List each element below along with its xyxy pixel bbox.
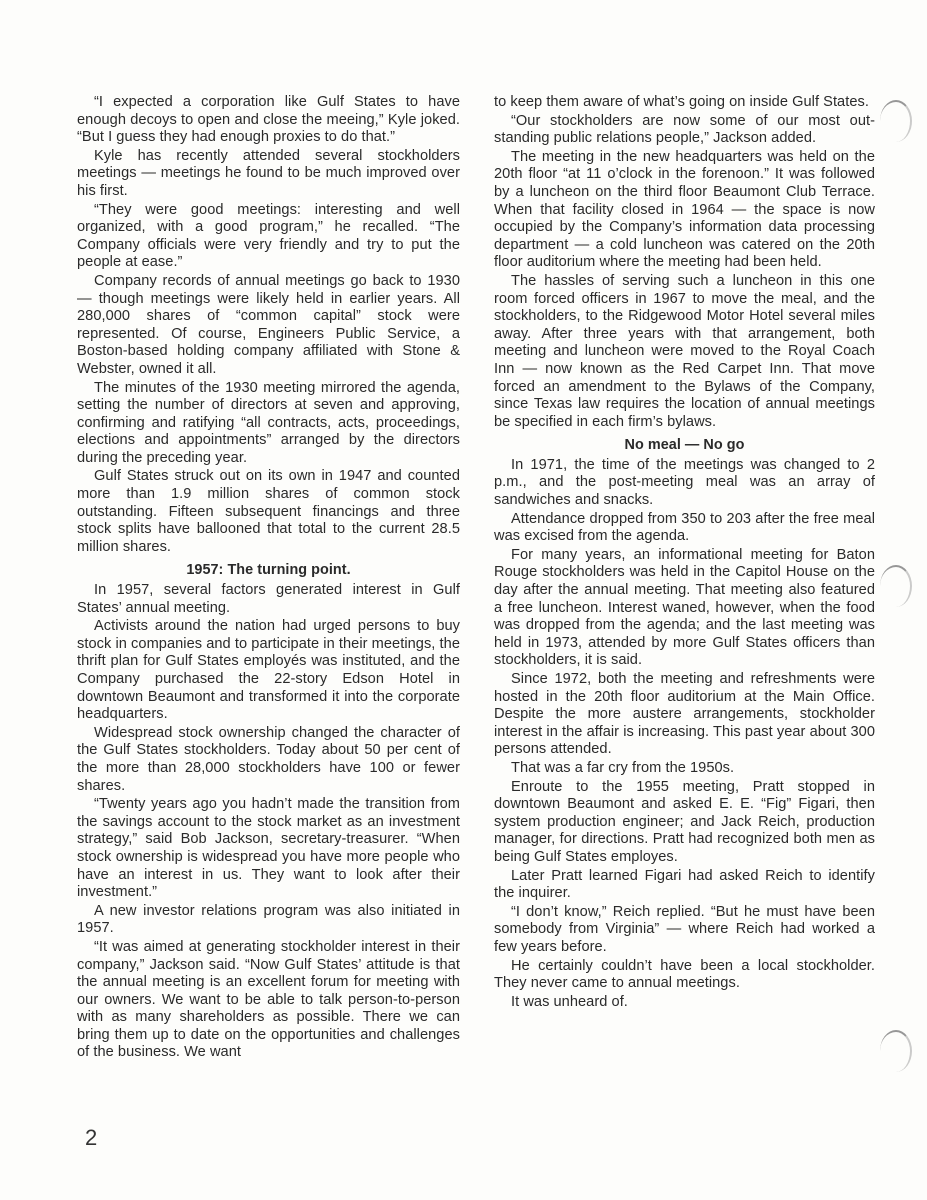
paragraph: Attendance dropped from 350 to 203 after… [494, 511, 875, 546]
paragraph: It was unheard of. [494, 994, 875, 1012]
paragraph: That was a far cry from the 1950s. [494, 760, 875, 778]
paragraph: He certainly couldn’t have been a local … [494, 958, 875, 993]
paragraph: to keep them aware of what’s going on in… [494, 94, 875, 112]
paragraph: The meeting in the new headquarters was … [494, 149, 875, 272]
paragraph: “It was aimed at generating stockholder … [77, 939, 460, 1062]
paragraph: Kyle has recently attended several stock… [77, 148, 460, 201]
left-column: “I expected a corporation like Gulf Stat… [77, 94, 460, 1063]
paragraph: For many years, an informational meeting… [494, 547, 875, 670]
paragraph: Later Pratt learned Figari had asked Rei… [494, 868, 875, 903]
section-heading: No meal — No go [494, 437, 875, 455]
paragraph: “Our stockholders are now some of our mo… [494, 113, 875, 148]
paragraph: “I expected a corporation like Gulf Stat… [77, 94, 460, 147]
paragraph: Since 1972, both the meeting and refresh… [494, 671, 875, 759]
paragraph: The hassles of serving such a luncheon i… [494, 273, 875, 431]
paragraph: The minutes of the 1930 meeting mirrored… [77, 380, 460, 468]
paragraph: Company records of annual meetings go ba… [77, 273, 460, 379]
binder-hole-mark [880, 1030, 912, 1072]
binder-hole-mark [880, 565, 912, 607]
paragraph: Widespread stock ownership changed the c… [77, 725, 460, 795]
document-page: “I expected a corporation like Gulf Stat… [0, 0, 927, 1200]
paragraph: “They were good meetings: interesting an… [77, 202, 460, 272]
binder-hole-mark [880, 100, 912, 142]
paragraph: “I don’t know,” Reich replied. “But he m… [494, 904, 875, 957]
paragraph: A new investor relations program was als… [77, 903, 460, 938]
page-number: 2 [85, 1125, 97, 1151]
paragraph: Enroute to the 1955 meeting, Pratt stopp… [494, 779, 875, 867]
paragraph: In 1957, several factors generated inter… [77, 582, 460, 617]
paragraph: In 1971, the time of the meetings was ch… [494, 457, 875, 510]
paragraph: “Twenty years ago you hadn’t made the tr… [77, 796, 460, 902]
paragraph: Activists around the nation had urged pe… [77, 618, 460, 724]
paragraph: Gulf States struck out on its own in 194… [77, 468, 460, 556]
right-column: to keep them aware of what’s going on in… [494, 94, 875, 1012]
section-heading: 1957: The turning point. [77, 562, 460, 580]
